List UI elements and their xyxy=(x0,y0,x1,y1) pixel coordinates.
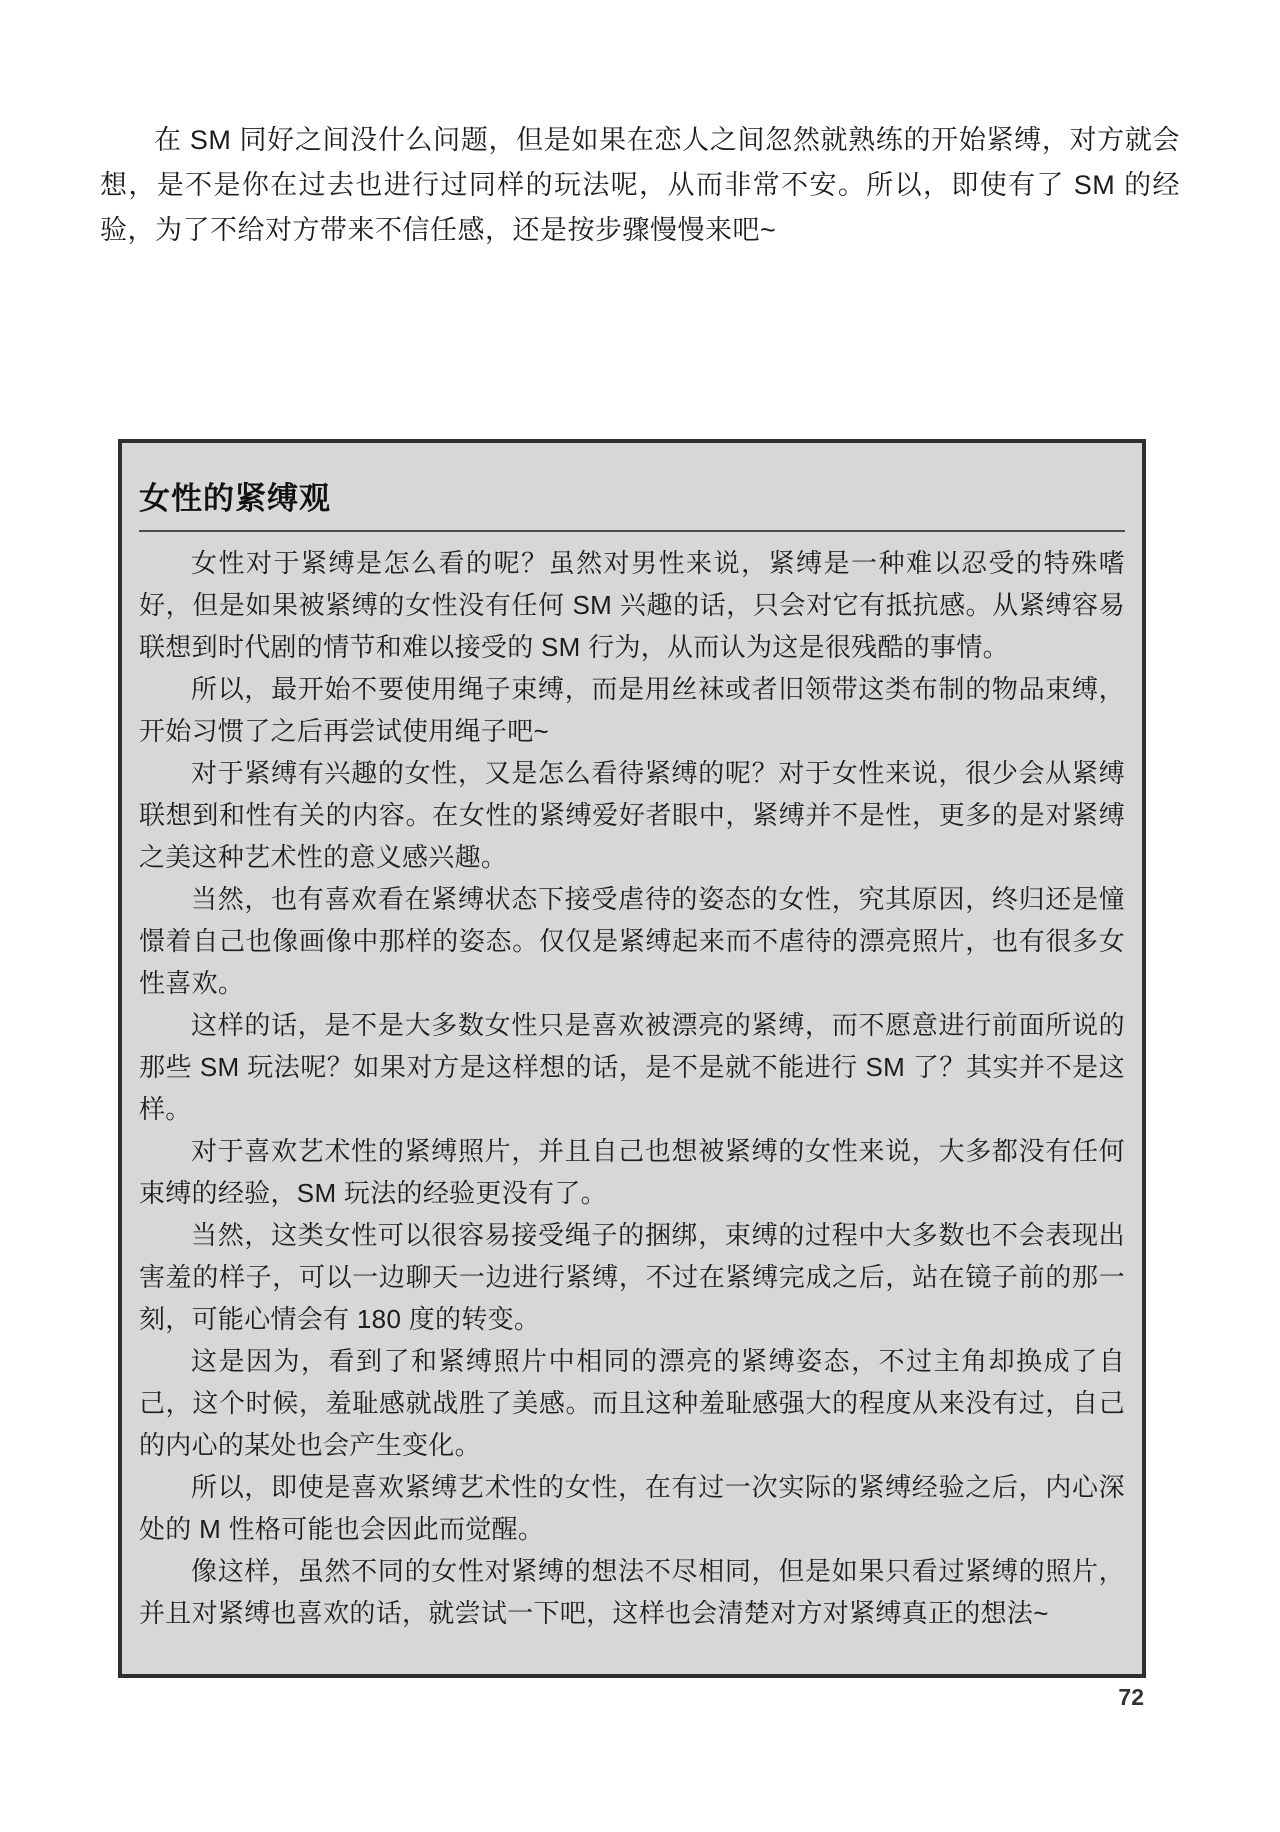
intro-paragraph: 在 SM 同好之间没什么问题，但是如果在恋人之间忽然就熟练的开始紧缚，对方就会想… xyxy=(100,118,1180,253)
box-paragraph: 当然，这类女性可以很容易接受绳子的捆绑，束缚的过程中大多数也不会表现出害羞的样子… xyxy=(139,1214,1125,1340)
box-paragraph: 这样的话，是不是大多数女性只是喜欢被漂亮的紧缚，而不愿意进行前面所说的那些 SM… xyxy=(139,1004,1125,1130)
box-paragraph: 像这样，虽然不同的女性对紧缚的想法不尽相同，但是如果只看过紧缚的照片，并且对紧缚… xyxy=(139,1550,1125,1634)
box-paragraph: 当然，也有喜欢看在紧缚状态下接受虐待的姿态的女性，究其原因，终归还是憧憬着自己也… xyxy=(139,878,1125,1004)
box-paragraph: 所以，即使是喜欢紧缚艺术性的女性，在有过一次实际的紧缚经验之后，内心深处的 M … xyxy=(139,1466,1125,1550)
box-paragraph: 这是因为，看到了和紧缚照片中相同的漂亮的紧缚姿态，不过主角却换成了自己，这个时候… xyxy=(139,1340,1125,1466)
box-paragraph: 女性对于紧缚是怎么看的呢？虽然对男性来说，紧缚是一种难以忍受的特殊嗜好，但是如果… xyxy=(139,542,1125,668)
box-title: 女性的紧缚观 xyxy=(139,473,1125,518)
box-paragraph: 对于喜欢艺术性的紧缚照片，并且自己也想被紧缚的女性来说，大多都没有任何束缚的经验… xyxy=(139,1130,1125,1214)
title-divider xyxy=(139,530,1125,532)
page-number: 72 xyxy=(118,1684,1146,1711)
box-paragraph: 所以，最开始不要使用绳子束缚，而是用丝袜或者旧领带这类布制的物品束缚，开始习惯了… xyxy=(139,668,1125,752)
document-page: 在 SM 同好之间没什么问题，但是如果在恋人之间忽然就熟练的开始紧缚，对方就会想… xyxy=(0,0,1280,1832)
content-box: 女性的紧缚观 女性对于紧缚是怎么看的呢？虽然对男性来说，紧缚是一种难以忍受的特殊… xyxy=(118,439,1146,1678)
box-paragraph: 对于紧缚有兴趣的女性，又是怎么看待紧缚的呢？对于女性来说，很少会从紧缚联想到和性… xyxy=(139,752,1125,878)
box-wrapper: 女性的紧缚观 女性对于紧缚是怎么看的呢？虽然对男性来说，紧缚是一种难以忍受的特殊… xyxy=(118,439,1146,1711)
